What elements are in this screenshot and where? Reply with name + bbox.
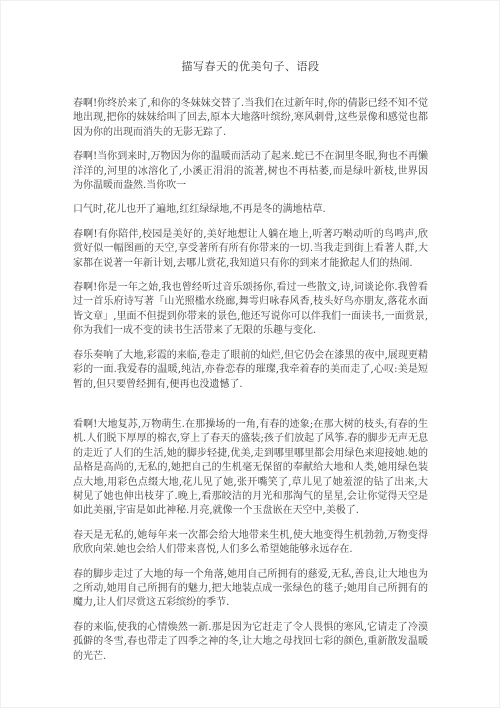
paragraph: 口气时,花儿也开了遍地,红红绿绿地,不再是冬的满地枯草. <box>73 203 428 217</box>
paragraph: 看啊!大地复苏,万物萌生.在那操场的一角,有春的迹象;在那大树的枝头,有春的生机… <box>73 418 428 519</box>
paragraph: 春的脚步走过了大地的每一个角落,她用自己所拥有的慈爱,无私,善良,让大地也为之所… <box>73 568 428 611</box>
page-title: 描写春天的优美句子、语段 <box>73 58 428 74</box>
paragraph: 春啊!有你陪伴,校园是美好的,美好地想让人躺在地上,听著巧啭动听的鸟鸣声,欣赏好… <box>73 228 428 271</box>
paragraph: 春啊!你终於来了,和你的冬妹妹交替了.当我们在过新年时,你的倩影已经不知不觉地出… <box>73 97 428 140</box>
paragraph: 春乐奏响了大地,彩霞的来临,卷走了眼前的灿烂,但它仍会在漆黑的夜中,展现更精彩的… <box>73 349 428 392</box>
paragraph: 春啊!你是一年之始,我也曾经听过音乐颂扬你,看过一些散文,诗,词谈论你.我曾看过… <box>73 281 428 339</box>
document-page: 描写春天的优美句子、语段 春啊!你终於来了,和你的冬妹妹交替了.当我们在过新年时… <box>0 0 500 708</box>
paragraph: 春的来临,使我的心情焕然一新.那是因为它赶走了令人畏惧的寒风,它请走了冷漠孤僻的… <box>73 621 428 664</box>
document-body: 春啊!你终於来了,和你的冬妹妹交替了.当我们在过新年时,你的倩影已经不知不觉地出… <box>73 97 428 664</box>
paragraph: 春天是无私的,她每年来一次都会给大地带来生机,使大地变得生机勃勃,万物变得欣欣向… <box>73 529 428 558</box>
paragraph: 春啊!当你到来时,万物因为你的温暖而活动了起来.蛇已不在洞里冬眠,狗也不再懒洋洋… <box>73 150 428 193</box>
